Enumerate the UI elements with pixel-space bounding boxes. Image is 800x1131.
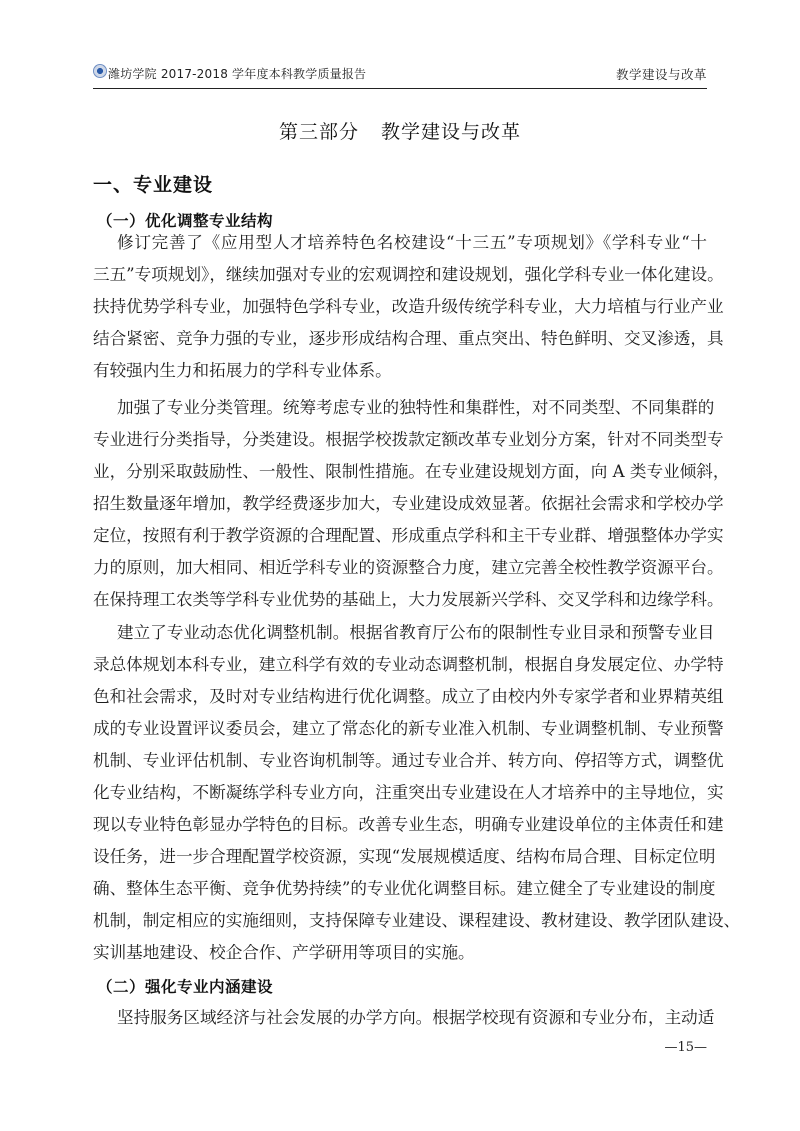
text-line: 设任务，进一步合理配置学校资源，实现“发展规模适度、结构布局合理、目标定位明 <box>93 846 707 868</box>
text-line: 有较强内生力和拓展力的学科专业体系。 <box>93 360 707 382</box>
report-title: 潍坊学院 2017-2018 学年度本科教学质量报告 <box>108 65 366 82</box>
text-line: 化专业结构，不断凝练学科专业方向，注重突出专业建设在人才培养中的主导地位，实 <box>93 782 707 804</box>
text-line: 确、整体生态平衡、竞争优势持续”的专业优化调整目标。建立健全了专业建设的制度 <box>93 878 707 900</box>
text-line: 三五”专项规划》，继续加强对专业的宏观调控和建设规划，强化学科专业一体化建设。 <box>93 264 707 286</box>
page-number: —15— <box>664 1040 707 1055</box>
text-line: 招生数量逐年增加，教学经费逐步加大，专业建设成效显著。依据社会需求和学校办学 <box>93 493 707 515</box>
page-header: 潍坊学院 2017-2018 学年度本科教学质量报告 教学建设与改革 <box>93 62 707 89</box>
subsection-heading: （二）强化专业内涵建设 <box>97 975 273 997</box>
text-line: 加强了专业分类管理。统筹考虑专业的独特性和集群性，对不同类型、不同集群的 <box>117 397 707 419</box>
text-line: 现以专业特色彰显办学特色的目标。改善专业生态，明确专业建设单位的主体责任和建 <box>93 814 707 836</box>
text-line: 专业进行分类指导，分类建设。根据学校拨款定额改革专业划分方案，针对不同类型专 <box>93 429 707 451</box>
part-number: 第三部分 <box>279 121 359 143</box>
text-line: 修订完善了《应用型人才培养特色名校建设“十三五”专项规划》《学科专业“十 <box>117 232 707 254</box>
chapter-label: 教学建设与改革 <box>616 65 707 83</box>
text-line: 在保持理工农类等学科专业优势的基础上，大力发展新兴学科、交叉学科和边缘学科。 <box>93 589 707 611</box>
part-title: 第三部分教学建设与改革 <box>0 117 800 144</box>
text-line: 扶持优势学科专业，加强特色学科专业，改造升级传统学科专业，大力培植与行业产业 <box>93 296 707 318</box>
text-line: 实训基地建设、校企合作、产学研用等项目的实施。 <box>93 942 707 964</box>
text-line: 力的原则，加大相同、相近学科专业的资源整合力度，建立完善全校性教学资源平台。 <box>93 557 707 579</box>
text-line: 业，分别采取鼓励性、一般性、限制性措施。在专业建设规划方面，向 A 类专业倾斜， <box>93 461 707 483</box>
text-line: 结合紧密、竞争力强的专业，逐步形成结构合理、重点突出、特色鲜明、交叉渗透，具 <box>93 328 707 350</box>
subsection-heading: （一）优化调整专业结构 <box>97 209 273 231</box>
text-line: 录总体规划本科专业，建立科学有效的专业动态调整机制，根据自身发展定位、办学特 <box>93 654 707 676</box>
text-line: 机制、专业评估机制、专业咨询机制等。通过专业合并、转方向、停招等方式，调整优 <box>93 750 707 772</box>
text-line: 成的专业设置评议委员会，建立了常态化的新专业准入机制、专业调整机制、专业预警 <box>93 718 707 740</box>
text-line: 定位，按照有利于教学资源的合理配置、形成重点学科和主干专业群、增强整体办学实 <box>93 525 707 547</box>
text-line: 坚持服务区域经济与社会发展的办学方向。根据学校现有资源和专业分布，主动适 <box>117 1007 707 1029</box>
text-line: 色和社会需求，及时对专业结构进行优化调整。成立了由校内外专家学者和业界精英组 <box>93 686 707 708</box>
section-heading: 一、专业建设 <box>93 170 213 197</box>
text-line: 建立了专业动态优化调整机制。根据省教育厅公布的限制性专业目录和预警专业目 <box>117 622 707 644</box>
part-name: 教学建设与改革 <box>381 121 521 143</box>
text-line: 机制，制定相应的实施细则，支持保障专业建设、课程建设、教材建设、教学团队建设、 <box>93 910 707 932</box>
university-emblem-icon <box>93 64 107 78</box>
